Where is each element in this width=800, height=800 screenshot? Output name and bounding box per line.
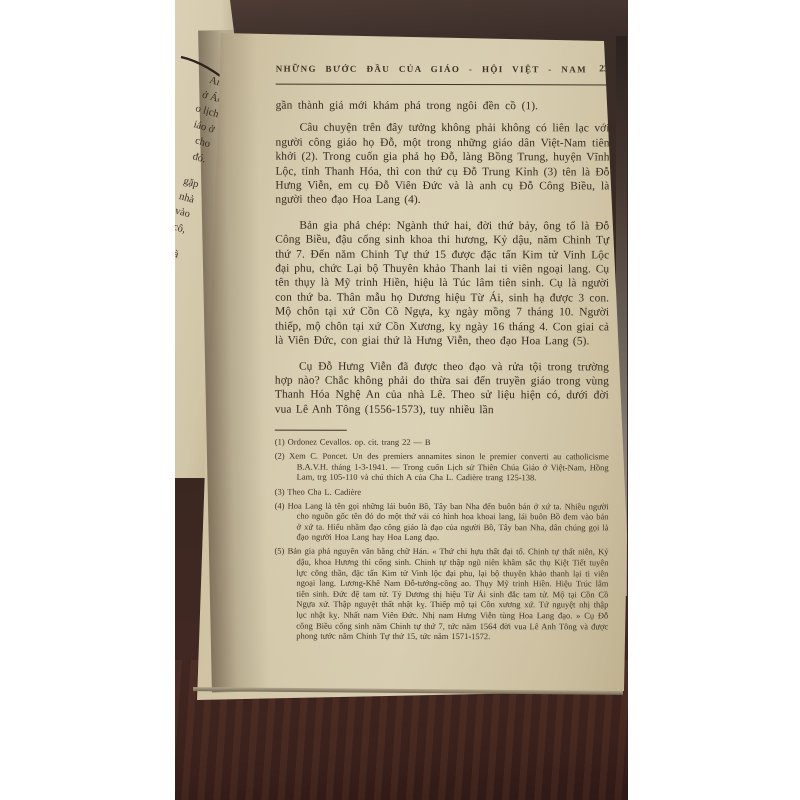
footnote: (3) Theo Cha L. Cadière: [275, 486, 609, 497]
footnote-separator: [275, 430, 347, 431]
paragraph: Bản gia phả chép: Ngành thứ hai, đời thứ…: [275, 218, 609, 349]
paragraph: Cụ Đỗ Hưng Viễn đã được theo đạo và rửa …: [275, 359, 609, 417]
page-content: NHỮNG BƯỚC ĐẦU CỦA GIÁO - HỘI VIỆT - NAM…: [274, 64, 610, 643]
book-photo-stage: Anh ở Áo o lịch iáo ở cho đó. gặp nhà và…: [0, 0, 800, 800]
running-head: NHỮNG BƯỚC ĐẦU CỦA GIÁO - HỘI VIỆT - NAM…: [276, 64, 610, 79]
page-number: 23: [599, 64, 609, 74]
photo-of-open-book: Anh ở Áo o lịch iáo ở cho đó. gặp nhà và…: [175, 0, 628, 800]
footnote: (2) Xem C. Poncet. Un des premiers annam…: [275, 451, 609, 484]
running-title: NHỮNG BƯỚC ĐẦU CỦA GIÁO - HỘI VIỆT - NAM: [276, 64, 610, 75]
paragraph: gần thành giá mới khám phá trong ngôi đề…: [276, 99, 610, 114]
header-rule: [276, 84, 610, 86]
paragraph: Câu chuyện trên đây tưởng không phải khô…: [275, 121, 609, 208]
footnote: (4) Hoa Lang là tên gọi những lái buôn B…: [275, 500, 609, 543]
footnote: (1) Ordonez Cevallos. op. cit. trang 22 …: [275, 437, 609, 448]
footnote: (5) Bản gia phả nguyên văn bằng chữ Hán.…: [274, 546, 608, 642]
